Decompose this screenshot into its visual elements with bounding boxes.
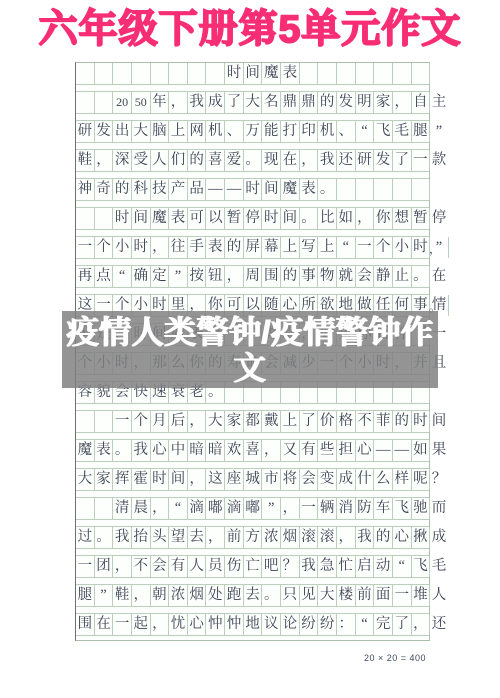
char-cell: 名 [262, 92, 281, 113]
char-cell: 心 [151, 440, 170, 461]
char-cell: 样 [393, 469, 412, 490]
char-cell: 明 [356, 92, 375, 113]
char-cell: ， [151, 614, 170, 635]
char-cell: ， [393, 92, 412, 113]
char-cell: “ [113, 266, 132, 287]
char-cell: 就 [337, 266, 356, 287]
char-cell: ， [188, 411, 207, 432]
char-cell: 的 [188, 150, 207, 171]
char-cell: 见 [300, 585, 319, 606]
char-cell: 了 [393, 614, 412, 635]
char-cell: 一 [113, 614, 132, 635]
char-cell: 飞 [412, 556, 431, 577]
char-cell: 时 [262, 208, 281, 229]
char-cell: 奇 [95, 179, 114, 200]
char-cell: 腿 [76, 585, 95, 606]
char-cell: ” [95, 585, 114, 606]
char-cell: 不 [356, 411, 375, 432]
char-cell: 周 [244, 266, 263, 287]
char-cell [132, 63, 151, 84]
char-cell: 停 [430, 208, 448, 229]
char-cell [374, 63, 393, 84]
char-cell: 间 [262, 179, 281, 200]
char-cell: 了 [393, 150, 412, 171]
essay-row: 时间魔表 [76, 63, 429, 85]
char-cell: 议 [262, 614, 281, 635]
char-cell: — [225, 179, 244, 200]
char-cell: 爱 [225, 150, 244, 171]
char-cell: 网 [188, 121, 207, 142]
char-cell: 静 [374, 266, 393, 287]
char-cell: 月 [151, 411, 170, 432]
char-cell [95, 63, 114, 84]
char-cell [412, 63, 431, 84]
char-cell: 动 [374, 556, 393, 577]
char-cell: 万 [244, 121, 263, 142]
char-cell: 滚 [300, 527, 319, 548]
row-spacer [76, 230, 429, 237]
essay-row: 时间魔表可以暂停时间。比如，你想暂停 [76, 208, 429, 230]
char-cell [76, 411, 95, 432]
char-cell: 50 [132, 92, 151, 113]
char-cell: 。 [262, 585, 281, 606]
char-cell: 时 [151, 469, 170, 490]
char-cell: 鞋 [113, 585, 132, 606]
char-cell: 魔 [262, 63, 281, 84]
char-cell: 挥 [113, 469, 132, 490]
char-cell: 上 [281, 237, 300, 258]
char-cell: 产 [169, 179, 188, 200]
char-cell: 受 [132, 150, 151, 171]
char-cell [412, 179, 431, 200]
char-cell: 过 [76, 527, 95, 548]
char-cell: 中 [169, 440, 188, 461]
char-cell: 一 [393, 585, 412, 606]
char-cell: 表 [169, 208, 188, 229]
char-cell: 嘟 [244, 498, 263, 519]
char-cell: 处 [206, 585, 225, 606]
char-cell: 变 [318, 469, 337, 490]
char-cell [76, 92, 95, 113]
char-cell: 可 [188, 208, 207, 229]
char-cell: ？ [430, 469, 448, 490]
char-cell: 喜 [206, 150, 225, 171]
char-cell: 大 [76, 469, 95, 490]
char-cell: 大 [318, 585, 337, 606]
row-spacer [76, 201, 429, 208]
char-cell: 物 [318, 266, 337, 287]
char-cell: 年 [151, 92, 170, 113]
char-cell: 我 [300, 556, 319, 577]
char-cell: “ [169, 498, 188, 519]
char-cell: 的 [393, 411, 412, 432]
char-cell: 还 [337, 150, 356, 171]
char-cell: ？ [281, 556, 300, 577]
char-cell: 烟 [281, 527, 300, 548]
char-cell: 人 [188, 556, 207, 577]
char-cell [206, 63, 225, 84]
char-cell [169, 63, 188, 84]
char-cell: 幕 [262, 237, 281, 258]
char-cell: ” [169, 266, 188, 287]
char-cell: 城 [244, 469, 263, 490]
char-cell: 。 [300, 208, 319, 229]
char-cell: 魔 [151, 208, 170, 229]
char-cell: 款 [430, 150, 448, 171]
char-cell: ， [206, 527, 225, 548]
char-cell: 成 [430, 527, 448, 548]
char-cell: 朝 [151, 585, 170, 606]
char-cell: 。 [113, 440, 132, 461]
char-cell: ， [300, 150, 319, 171]
char-cell: 心 [393, 527, 412, 548]
row-spacer [76, 520, 429, 527]
char-cell: 起 [132, 614, 151, 635]
char-cell: 完 [374, 614, 393, 635]
char-cell: 急 [318, 556, 337, 577]
row-spacer [76, 288, 429, 295]
char-cell: 还 [430, 614, 448, 635]
char-cell: 大 [132, 121, 151, 142]
char-cell: 时 [225, 63, 244, 84]
char-cell: 去 [244, 585, 263, 606]
char-cell: 暂 [412, 208, 431, 229]
char-cell: 们 [169, 150, 188, 171]
char-cell: ， [337, 527, 356, 548]
char-cell: 人 [151, 150, 170, 171]
char-cell: ， [262, 440, 281, 461]
char-cell: ， [113, 556, 132, 577]
char-cell: 印 [300, 121, 319, 142]
char-cell: 20 [113, 92, 132, 113]
char-cell [188, 63, 207, 84]
char-cell: 的 [374, 527, 393, 548]
essay-row: 再点“确定”按钮，周围的事物就会静止。在 [76, 266, 429, 288]
char-cell: 间 [244, 63, 263, 84]
char-cell: 技 [151, 179, 170, 200]
char-cell: 鼎 [281, 92, 300, 113]
char-cell: 、 [337, 121, 356, 142]
char-cell: 心 [356, 440, 375, 461]
char-cell: 屏 [244, 237, 263, 258]
char-cell: “ [356, 121, 375, 142]
char-cell [95, 498, 114, 519]
char-cell: 毛 [393, 121, 412, 142]
char-cell: 时 [132, 237, 151, 258]
char-cell: 前 [225, 527, 244, 548]
char-cell: 我 [113, 527, 132, 548]
watermark-text-line2: 文 [234, 350, 267, 386]
char-cell: 一 [300, 498, 319, 519]
char-cell: 时 [244, 179, 263, 200]
char-cell: 将 [281, 469, 300, 490]
char-cell: 只 [281, 585, 300, 606]
char-cell: 暗 [188, 440, 207, 461]
char-cell: 止 [393, 266, 412, 287]
char-cell: 喜 [244, 440, 263, 461]
char-cell: 论 [281, 614, 300, 635]
char-cell: ， [132, 585, 151, 606]
char-cell: 深 [113, 150, 132, 171]
char-cell: 发 [337, 92, 356, 113]
char-cell: 车 [374, 498, 393, 519]
char-cell: 定 [151, 266, 170, 287]
char-cell: 围 [262, 266, 281, 287]
char-cell [356, 63, 375, 84]
char-cell: 我 [188, 92, 207, 113]
row-spacer [76, 259, 429, 266]
char-cell: 围 [76, 614, 95, 635]
char-cell [356, 179, 375, 200]
char-cell: 忡 [206, 614, 225, 635]
char-cell: 如 [337, 208, 356, 229]
char-cell: — [393, 440, 412, 461]
char-cell: 、 [225, 121, 244, 142]
char-cell: 你 [374, 208, 393, 229]
char-cell: 在 [430, 266, 448, 287]
essay-row: 神奇的科技产品——时间魔表。 [76, 179, 429, 201]
char-cell [393, 179, 412, 200]
char-cell: 飞 [374, 121, 393, 142]
char-cell [76, 498, 95, 519]
char-cell: 大 [244, 92, 263, 113]
char-cell: 忧 [169, 614, 188, 635]
char-cell: ， [281, 498, 300, 519]
char-cell: 一 [76, 237, 95, 258]
row-spacer [76, 462, 429, 469]
char-cell: 面 [374, 585, 393, 606]
row-spacer [76, 172, 429, 179]
char-cell: ， [151, 237, 170, 258]
char-cell: 滴 [225, 498, 244, 519]
char-cell: 前 [356, 585, 375, 606]
char-cell: 辆 [318, 498, 337, 519]
char-cell: 个 [132, 411, 151, 432]
char-cell: ， [225, 266, 244, 287]
char-cell: 魔 [76, 440, 95, 461]
char-cell: 表 [281, 63, 300, 84]
row-spacer [76, 549, 429, 556]
char-cell: 呢 [412, 469, 431, 490]
essay-row: 2050年，我成了大名鼎鼎的发明家，自主 [76, 92, 429, 114]
row-spacer [76, 578, 429, 585]
char-cell: 表 [206, 237, 225, 258]
char-cell: ” [262, 498, 281, 519]
char-cell: 么 [374, 469, 393, 490]
char-cell: 的 [225, 237, 244, 258]
char-cell: ， [412, 614, 431, 635]
char-cell: 往 [169, 237, 188, 258]
char-cell: 方 [244, 527, 263, 548]
char-cell [113, 63, 132, 84]
char-cell: 吧 [262, 556, 281, 577]
essay-row: 一个月后，大家都戴上了价格不菲的时间 [76, 411, 429, 433]
char-cell: 市 [262, 469, 281, 490]
char-cell: 了 [300, 411, 319, 432]
char-cell: 成 [337, 469, 356, 490]
char-cell: 格 [337, 411, 356, 432]
char-cell: 。 [244, 150, 263, 171]
row-spacer [76, 607, 429, 614]
char-cell: 有 [300, 440, 319, 461]
char-cell: 会 [356, 266, 375, 287]
char-cell: 价 [318, 411, 337, 432]
char-cell: 员 [206, 556, 225, 577]
char-cell: 头 [151, 527, 170, 548]
char-cell: 。 [318, 179, 337, 200]
char-cell: 时 [412, 237, 431, 258]
watermark-text-line1: 疫情人类警钟/疫情警钟作 [67, 314, 434, 350]
char-cell: 现 [262, 150, 281, 171]
char-cell: 心 [188, 614, 207, 635]
char-cell: — [206, 179, 225, 200]
char-cell: 表 [95, 440, 114, 461]
char-cell: 表 [300, 179, 319, 200]
char-cell: 想 [393, 208, 412, 229]
char-cell: 家 [95, 469, 114, 490]
char-cell: 忙 [337, 556, 356, 577]
char-cell: 。 [95, 527, 114, 548]
row-spacer [76, 491, 429, 498]
char-cell: 我 [132, 440, 151, 461]
char-cell: 上 [318, 237, 337, 258]
char-cell: 又 [281, 440, 300, 461]
char-cell: ， [95, 150, 114, 171]
char-cell [430, 63, 448, 84]
char-cell: 发 [95, 121, 114, 142]
char-cell: 在 [95, 614, 114, 635]
char-cell [337, 179, 356, 200]
row-spacer [76, 114, 429, 121]
char-cell: 跑 [225, 585, 244, 606]
char-cell: 团 [95, 556, 114, 577]
char-cell: 出 [113, 121, 132, 142]
char-cell: 的 [281, 266, 300, 287]
char-cell [393, 63, 412, 84]
char-cell [95, 92, 114, 113]
char-cell: 纷 [300, 614, 319, 635]
char-cell: 浓 [169, 585, 188, 606]
essay-row: 腿”鞋，朝浓烟处跑去。只见大楼前面一堆人 [76, 585, 429, 607]
char-cell: 望 [169, 527, 188, 548]
char-cell [337, 63, 356, 84]
char-cell [318, 63, 337, 84]
row-spacer [76, 433, 429, 440]
char-cell: 了 [225, 92, 244, 113]
char-cell: 一 [76, 556, 95, 577]
essay-row: 鞋，深受人们的喜爱。现在，我还研发了一款 [76, 150, 429, 172]
char-cell: 时 [412, 411, 431, 432]
char-cell: 去 [188, 527, 207, 548]
char-cell: 而 [430, 498, 448, 519]
char-cell: 点 [95, 266, 114, 287]
char-cell: 地 [244, 614, 263, 635]
char-cell: 座 [225, 469, 244, 490]
char-cell: 间 [281, 208, 300, 229]
page-title-banner: 六年级下册第5单元作文 [0, 6, 500, 54]
char-cell [374, 179, 393, 200]
char-cell: 堆 [412, 585, 431, 606]
char-cell: 的 [113, 179, 132, 200]
char-cell: 个 [374, 237, 393, 258]
grid-count-label: 20 × 20 = 400 [364, 653, 426, 663]
char-cell: 腿 [412, 121, 431, 142]
char-cell [430, 179, 448, 200]
char-cell: 欢 [225, 440, 244, 461]
char-cell: 有 [169, 556, 188, 577]
char-cell: 会 [300, 469, 319, 490]
char-cell: 驰 [412, 498, 431, 519]
char-cell: 机 [318, 121, 337, 142]
char-cell: 如 [412, 440, 431, 461]
char-cell: ” [430, 121, 448, 142]
char-cell: 霍 [132, 469, 151, 490]
char-cell: 魔 [281, 179, 300, 200]
char-cell: 飞 [393, 498, 412, 519]
char-cell: 楼 [337, 585, 356, 606]
char-cell: 科 [132, 179, 151, 200]
char-cell: 间 [132, 208, 151, 229]
char-cell: 神 [76, 179, 95, 200]
char-cell: 机 [206, 121, 225, 142]
char-cell: 家 [374, 92, 393, 113]
row-spacer [76, 143, 429, 150]
watermark-overlay: 疫情人类警钟/疫情警钟作 文 [62, 311, 438, 388]
char-cell: 果 [430, 440, 448, 461]
char-cell: 滚 [318, 527, 337, 548]
char-cell: 脑 [151, 121, 170, 142]
char-cell: ： [337, 614, 356, 635]
essay-row: 过。我抬头望去，前方浓烟滚滚，我的心揪成 [76, 527, 429, 549]
char-cell: 都 [244, 411, 263, 432]
char-cell: 后 [169, 411, 188, 432]
char-cell: ， [188, 469, 207, 490]
char-cell: 会 [151, 556, 170, 577]
row-spacer [76, 404, 429, 411]
row-spacer [76, 636, 429, 640]
row-spacer [76, 85, 429, 92]
char-cell: 发 [374, 150, 393, 171]
char-cell: 消 [337, 498, 356, 519]
char-cell: 鞋 [76, 150, 95, 171]
essay-row: 围在一起，忧心忡忡地议论纷纷：“完了，还 [76, 614, 429, 636]
char-cell: 我 [356, 527, 375, 548]
char-cell: 确 [132, 266, 151, 287]
char-cell: 间 [169, 469, 188, 490]
char-cell: 防 [356, 498, 375, 519]
char-cell: 品 [188, 179, 207, 200]
char-cell: 这 [206, 469, 225, 490]
char-cell: ， [151, 498, 170, 519]
overflow-punctuation: ， [429, 240, 441, 257]
char-cell: 滴 [188, 498, 207, 519]
char-cell: 按 [188, 266, 207, 287]
char-cell: 伤 [225, 556, 244, 577]
char-cell: 毛 [430, 556, 448, 577]
char-cell: 间 [430, 411, 448, 432]
char-cell: 人 [430, 585, 448, 606]
char-cell: 不 [132, 556, 151, 577]
char-cell: 以 [206, 208, 225, 229]
char-cell: 。 [412, 266, 431, 287]
char-cell: 菲 [374, 411, 393, 432]
char-cell: 成 [206, 92, 225, 113]
char-cell: 大 [206, 411, 225, 432]
char-cell: 暗 [206, 440, 225, 461]
char-cell: 戴 [262, 411, 281, 432]
char-cell: “ [337, 237, 356, 258]
char-cell: 写 [300, 237, 319, 258]
